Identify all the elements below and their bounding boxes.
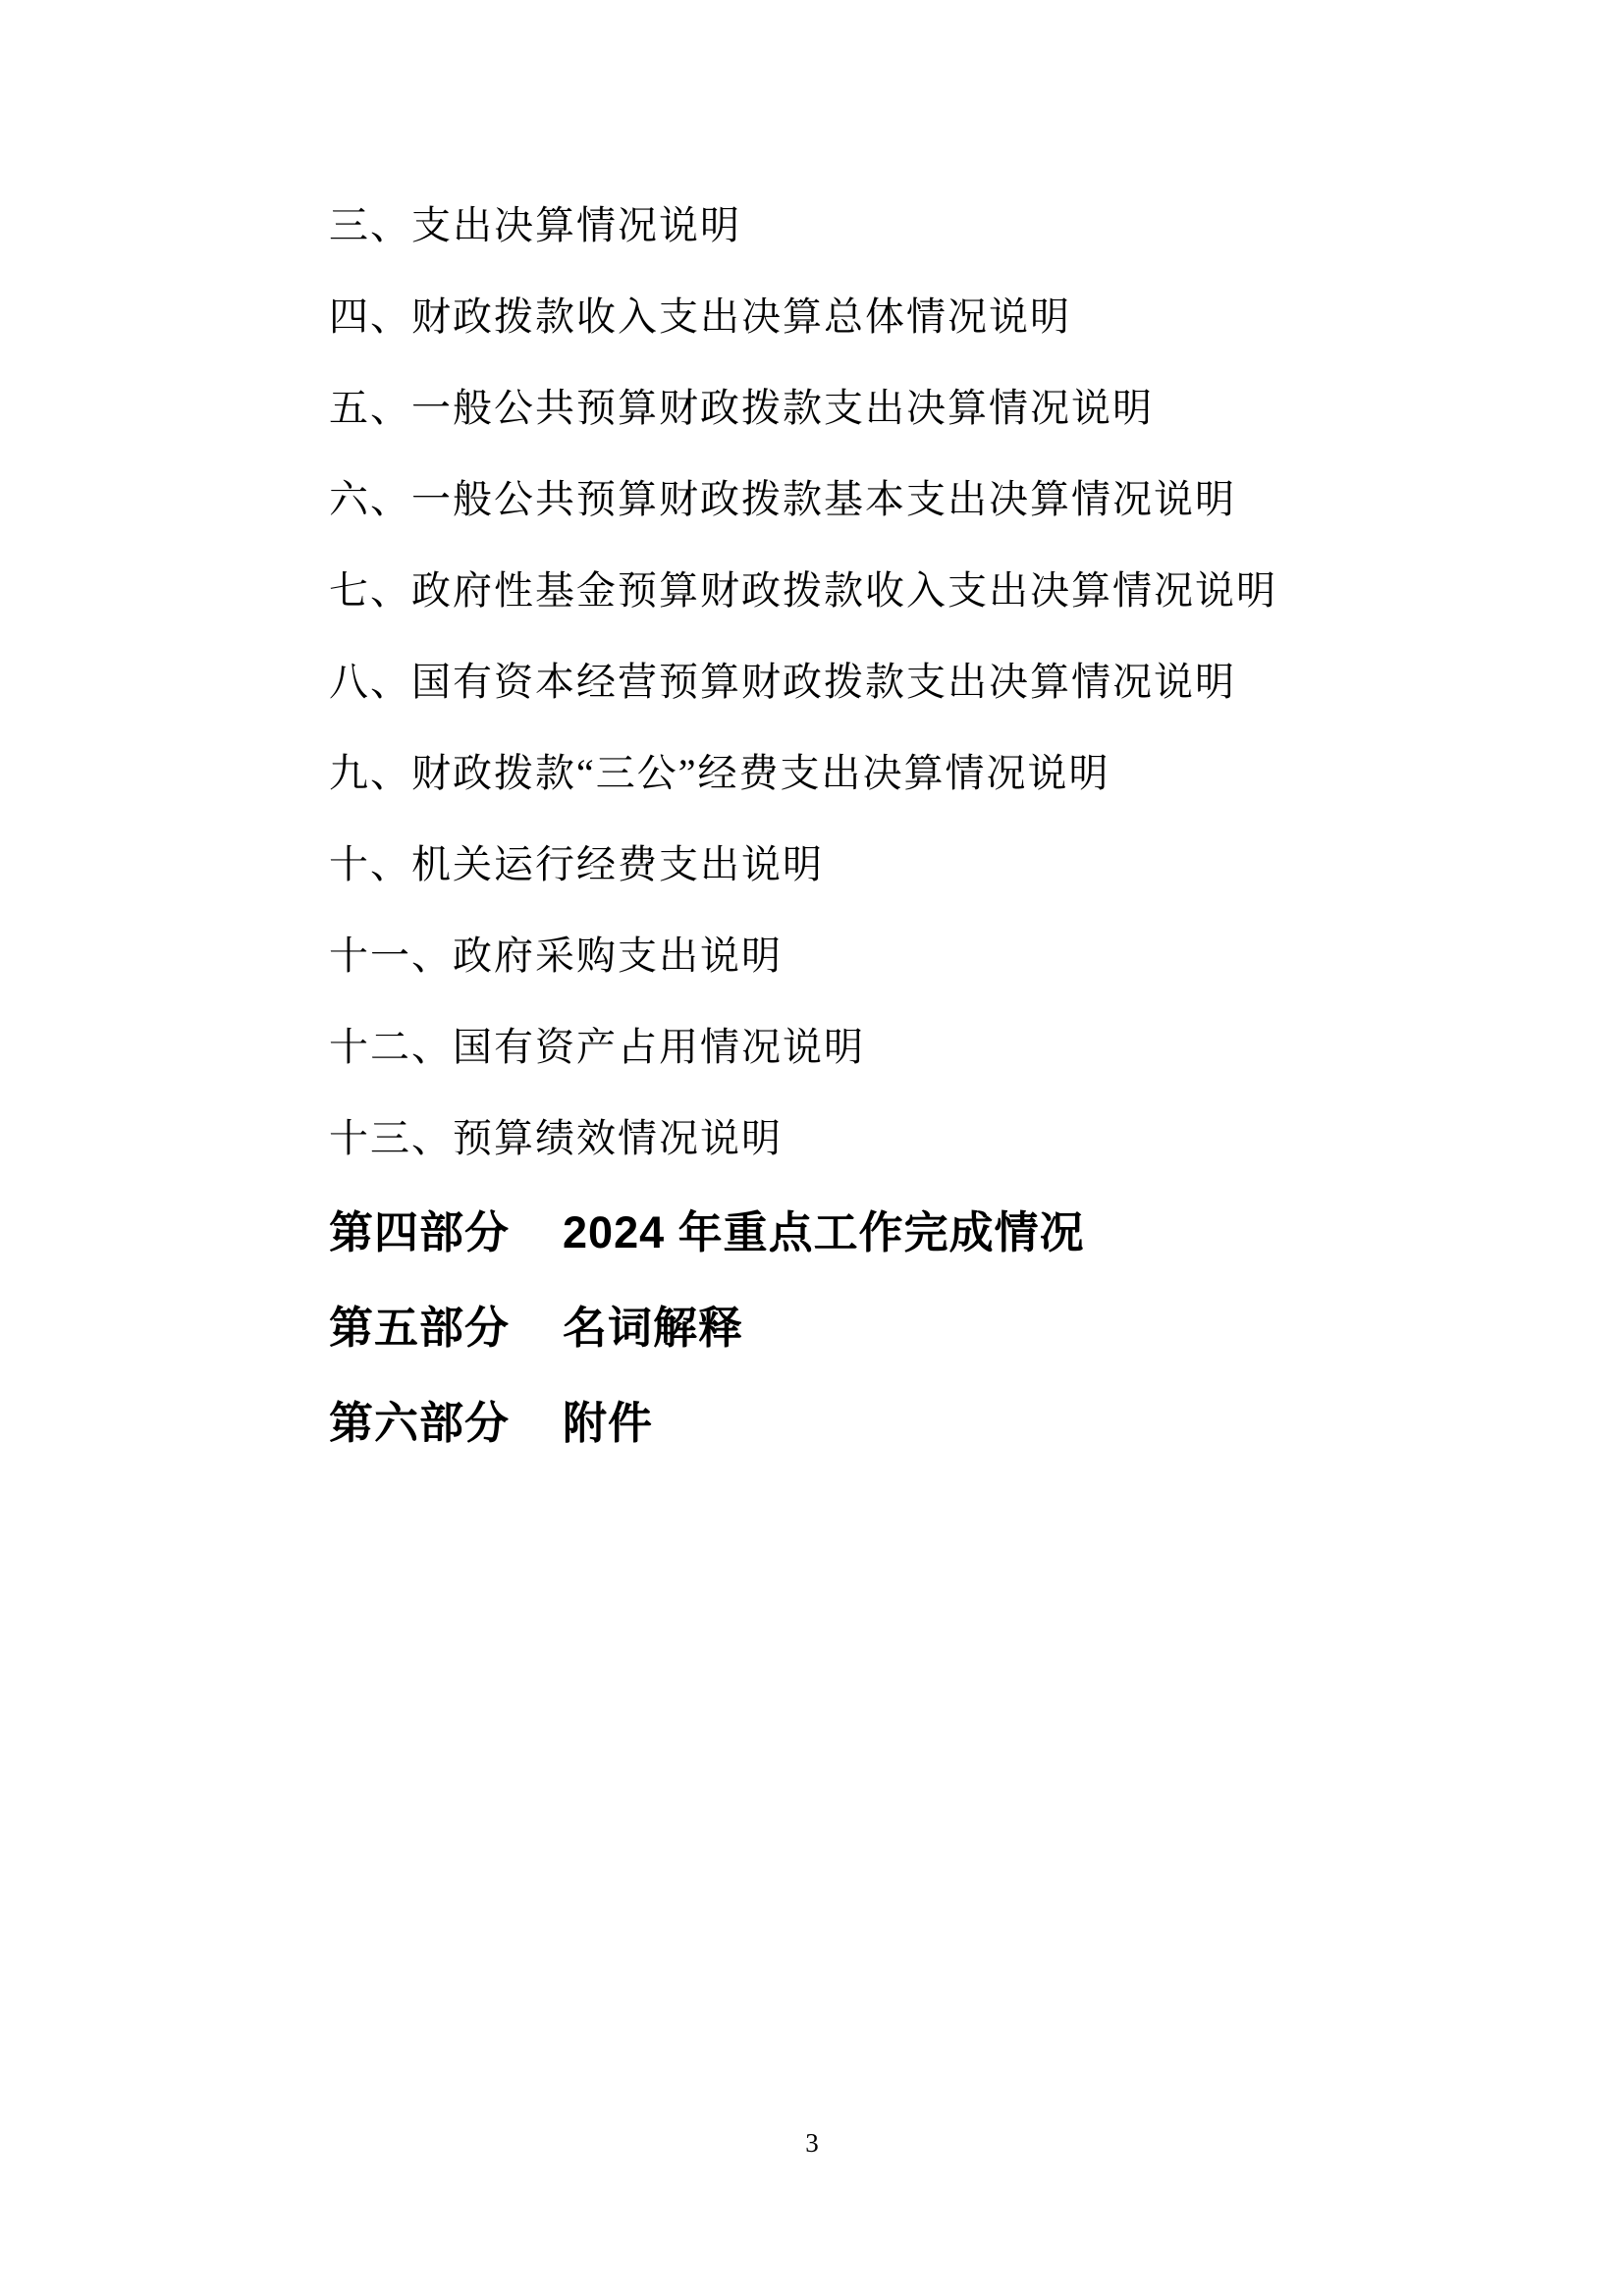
toc-part-row: 第五部分 名词解释	[329, 1276, 1506, 1371]
toc-part-title: 名词解释	[563, 1292, 743, 1356]
toc-item: 十、机关运行经费支出说明	[329, 816, 1506, 907]
toc-part-row: 第四部分 2024 年重点工作完成情况	[329, 1181, 1506, 1276]
toc-item: 十三、预算绩效情况说明	[329, 1090, 1506, 1181]
toc-part-row: 第六部分 附件	[329, 1371, 1506, 1467]
toc-part-title: 2024 年重点工作完成情况	[563, 1197, 1085, 1260]
toc-item: 八、国有资本经营预算财政拨款支出决算情况说明	[329, 633, 1506, 724]
document-page: 三、支出决算情况说明 四、财政拨款收入支出决算总体情况说明 五、一般公共预算财政…	[0, 0, 1624, 2296]
toc-item: 七、政府性基金预算财政拨款收入支出决算情况说明	[329, 542, 1506, 633]
toc-item: 十一、政府采购支出说明	[329, 907, 1506, 998]
toc-part-label: 第五部分	[329, 1292, 510, 1356]
toc-part-label: 第四部分	[329, 1197, 510, 1260]
toc-part-label: 第六部分	[329, 1387, 510, 1451]
toc-item: 四、财政拨款收入支出决算总体情况说明	[329, 268, 1506, 359]
toc-item: 六、一般公共预算财政拨款基本支出决算情况说明	[329, 451, 1506, 542]
page-number: 3	[0, 2128, 1624, 2159]
toc-item: 五、一般公共预算财政拨款支出决算情况说明	[329, 359, 1506, 451]
toc-part-title: 附件	[563, 1387, 653, 1451]
table-of-contents: 三、支出决算情况说明 四、财政拨款收入支出决算总体情况说明 五、一般公共预算财政…	[329, 177, 1506, 1467]
toc-item: 九、财政拨款“三公”经费支出决算情况说明	[329, 724, 1506, 816]
toc-item: 十二、国有资产占用情况说明	[329, 998, 1506, 1090]
toc-item: 三、支出决算情况说明	[329, 177, 1506, 268]
